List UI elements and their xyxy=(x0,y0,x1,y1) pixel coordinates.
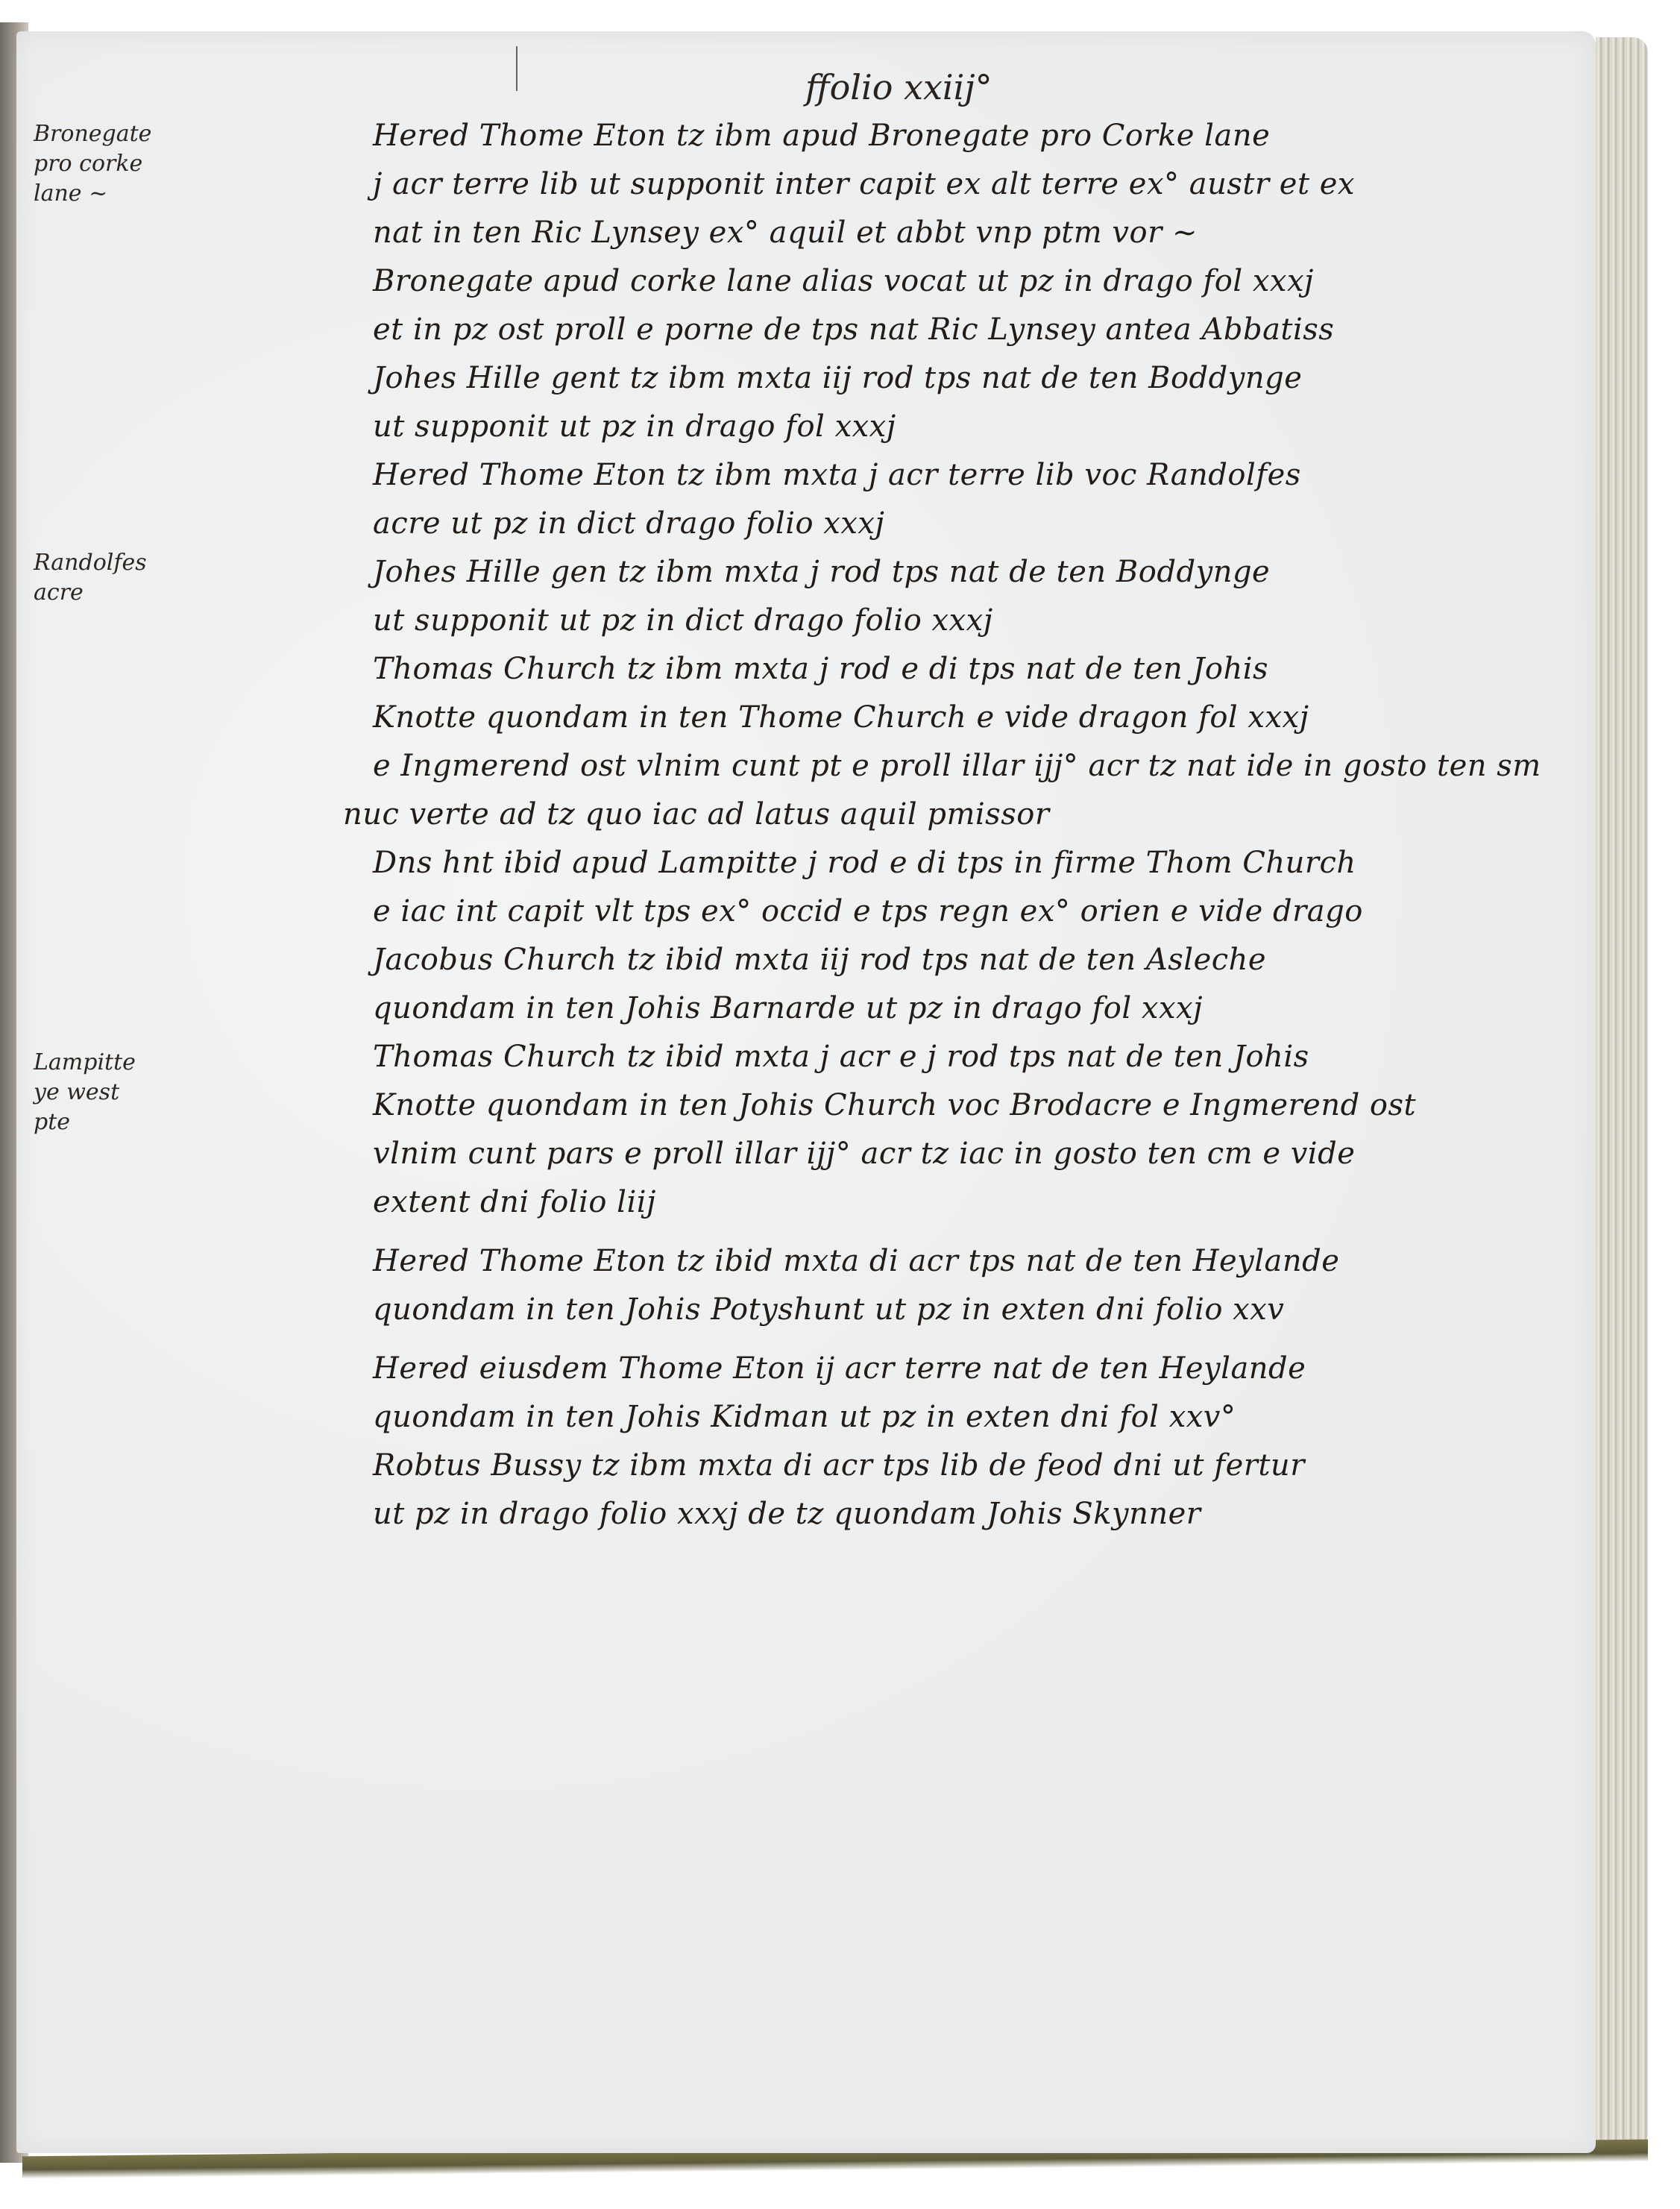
text-line: Knotte quondam in ten Thome Church e vid… xyxy=(373,694,1603,742)
text-line: Johes Hille gent tz ibm mxta iij rod tps… xyxy=(373,354,1603,403)
text-line: Bronegate apud corke lane alias vocat ut… xyxy=(373,257,1603,306)
main-text: Hered Thome Eton tz ibm apud Bronegate p… xyxy=(373,112,1603,1539)
text-line: e iac int capit vlt tps ex° occid e tps … xyxy=(373,887,1603,936)
margin-note-line: Lampitte xyxy=(34,1048,205,1078)
margin-note-line: pte xyxy=(34,1107,205,1137)
text-line: vlnim cunt pars e proll illar ijj° acr t… xyxy=(373,1130,1603,1178)
text-line: acre ut pz in dict drago folio xxxj xyxy=(373,500,1603,548)
text-line: ut supponit ut pz in dict drago folio xx… xyxy=(373,597,1603,645)
margin-note-lampitte: Lampitte ye west pte xyxy=(34,1048,205,1137)
folio-heading: ffolio xxiij° xyxy=(805,67,992,107)
text-line: nuc verte ad tz quo iac ad latus aquil p… xyxy=(343,791,1603,839)
text-line: Hered eiusdem Thome Eton ij acr terre na… xyxy=(373,1345,1603,1393)
text-line: extent dni folio liij xyxy=(373,1178,1603,1227)
text-line: Robtus Bussy tz ibm mxta di acr tps lib … xyxy=(373,1442,1603,1490)
text-line: quondam in ten Johis Potyshunt ut pz in … xyxy=(373,1286,1603,1334)
text-line: Hered Thome Eton tz ibm apud Bronegate p… xyxy=(373,112,1603,160)
margin-note-randolfes: Randolfes acre xyxy=(34,548,205,608)
margin-note-line: acre xyxy=(34,578,205,608)
text-line: ut pz in drago folio xxxj de tz quondam … xyxy=(373,1490,1603,1539)
margin-note-line: lane ~ xyxy=(34,179,205,209)
text-line: Hered Thome Eton tz ibid mxta di acr tps… xyxy=(373,1237,1603,1286)
text-line: Knotte quondam in ten Johis Church voc B… xyxy=(373,1081,1603,1130)
margin-note-line: ye west xyxy=(34,1078,205,1107)
margin-note-line: pro corke xyxy=(34,149,205,179)
text-line: j acr terre lib ut supponit inter capit … xyxy=(373,160,1603,209)
text-line: Hered Thome Eton tz ibm mxta j acr terre… xyxy=(373,451,1603,500)
text-line: nat in ten Ric Lynsey ex° aquil et abbt … xyxy=(373,209,1603,257)
page-edges xyxy=(1596,37,1648,2155)
text-line: Jacobus Church tz ibid mxta iij rod tps … xyxy=(373,936,1603,984)
text-line: Thomas Church tz ibm mxta j rod e di tps… xyxy=(373,645,1603,694)
text-line: et in pz ost proll e porne de tps nat Ri… xyxy=(373,306,1603,354)
text-line: e Ingmerend ost vlnim cunt pt e proll il… xyxy=(373,742,1603,791)
text-line: Johes Hille gen tz ibm mxta j rod tps na… xyxy=(373,548,1603,597)
text-line: Thomas Church tz ibid mxta j acr e j rod… xyxy=(373,1033,1603,1081)
text-line: ut supponit ut pz in drago fol xxxj xyxy=(373,403,1603,451)
margin-note-bronegate: Bronegate pro corke lane ~ xyxy=(34,119,205,209)
text-line: quondam in ten Johis Kidman ut pz in ext… xyxy=(373,1393,1603,1442)
margin-note-line: Bronegate xyxy=(34,119,205,149)
margin-note-line: Randolfes xyxy=(34,548,205,578)
text-line: Dns hnt ibid apud Lampitte j rod e di tp… xyxy=(373,839,1603,887)
text-line: quondam in ten Johis Barnarde ut pz in d… xyxy=(373,984,1603,1033)
ruling-mark xyxy=(516,46,517,91)
